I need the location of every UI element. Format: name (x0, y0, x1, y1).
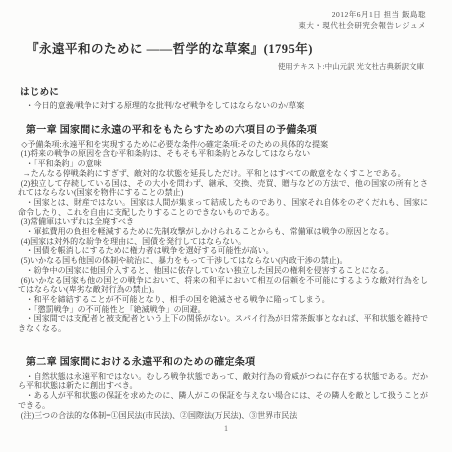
header-block: 2012年6月1日 担当 飯島聡 東大・現代社会研究会報告レジュメ (0, 0, 452, 31)
chapter1-paragraph: (3)常備軍はいずれは全廃すべき (0, 217, 452, 227)
chapter2-paragraph: ・自然状態は永遠平和ではない。むしろ戦争状態であって、敵対行為の脅威がつねに存在… (0, 372, 452, 391)
chapter1-paragraph: →たんなる停戦条約にすぎず、敵対的な状態を延長しただけ。平和とはすべての敵意をな… (0, 169, 452, 179)
document-title: 『永遠平和のために ――哲学的な草案』(1795年) (26, 39, 432, 57)
chapter1-paragraph: ・国家間では支配者と被支配者という上下の関係がない。スパイ行為が日常茶飯事となれ… (0, 314, 452, 333)
chapter1-paragraph: ・和平を締結することが不可能となり、相手の国を絶滅させる戦争に陥ってしまう。 (0, 295, 452, 305)
intro-bullet: ・今日的意義/戦争に対する原理的な批判/なぜ戦争をしてはならないのか/草案 (0, 101, 452, 111)
section-heading-intro: はじめに (20, 84, 428, 98)
chapter1-paragraph: (2)独立して存続している国は、その大小を問わず、継承、交換、売買、贈与などの方… (0, 179, 452, 198)
chapter1-paragraph: (1)将来の戦争の原因を含む平和条約は、そもそも平和条約とみなしてはならない (0, 149, 452, 159)
document-page: 2012年6月1日 担当 飯島聡 東大・現代社会研究会報告レジュメ 『永遠平和の… (0, 0, 452, 452)
chapter1-paragraph: ◇予備条項:永遠平和を実現するために必要な条件/◇確定条項:そのための具体的な提… (0, 140, 452, 150)
chapter1-paragraph: ・「平和条約」の意味 (0, 159, 452, 169)
chapter1-paragraph: (5)いかなる国も他国の体制や統治に、暴力をもって干渉してはならない(内政干渉の… (0, 256, 452, 266)
section-heading-chapter2: 第二章 国家間における永遠平和のための確定条項 (26, 353, 428, 368)
chapter2-paragraph: ・ある人が平和状態の保証を求めたのに、隣人がこの保証を与えない場合には、その隣人… (0, 391, 452, 410)
chapter1-paragraph: (6)いかなる国家も他の国との戦争において、将来の和平において相互の信頼を不可能… (0, 276, 452, 295)
chapter1-paragraph: ・軍拡費用の負担を軽減するために先制攻撃がしかけられることからも、常備軍は戦争の… (0, 227, 452, 237)
page-number: 1 (0, 424, 452, 433)
header-org-line: 東大・現代社会研究会報告レジュメ (0, 20, 426, 31)
chapter1-paragraph: ・国債を帳消しにするために権力者は戦争を選好する可能性が高い。 (0, 246, 452, 256)
chapter1-paragraph: ・紛争中の国家に他国介入すると、他国に依存していない独立した国民の権利を侵害する… (0, 266, 452, 276)
chapter2-paragraph: (注)三つの合法的な体制=①国民法(市民法)、②国際法(万民法)、③世界市民法 (0, 411, 452, 421)
text-source-line: 使用テキスト:中山元訳 光文社古典新訳文庫 (0, 61, 424, 72)
chapter1-paragraph: ・「懲罰戦争」の不可能性と「絶滅戦争」の回避。 (0, 305, 452, 315)
chapter1-paragraph: (4)国家は対外的な紛争を理由に、国債を発行してはならない。 (0, 237, 452, 247)
section-heading-chapter1: 第一章 国家間に永遠の平和をもたらすための六項目の予備条項 (26, 121, 428, 136)
chapter1-paragraph: ・国家とは、財産ではない。国家は人間が集まって結成したものであり、国家それ自体を… (0, 198, 452, 217)
header-date-line: 2012年6月1日 担当 飯島聡 (0, 9, 426, 20)
